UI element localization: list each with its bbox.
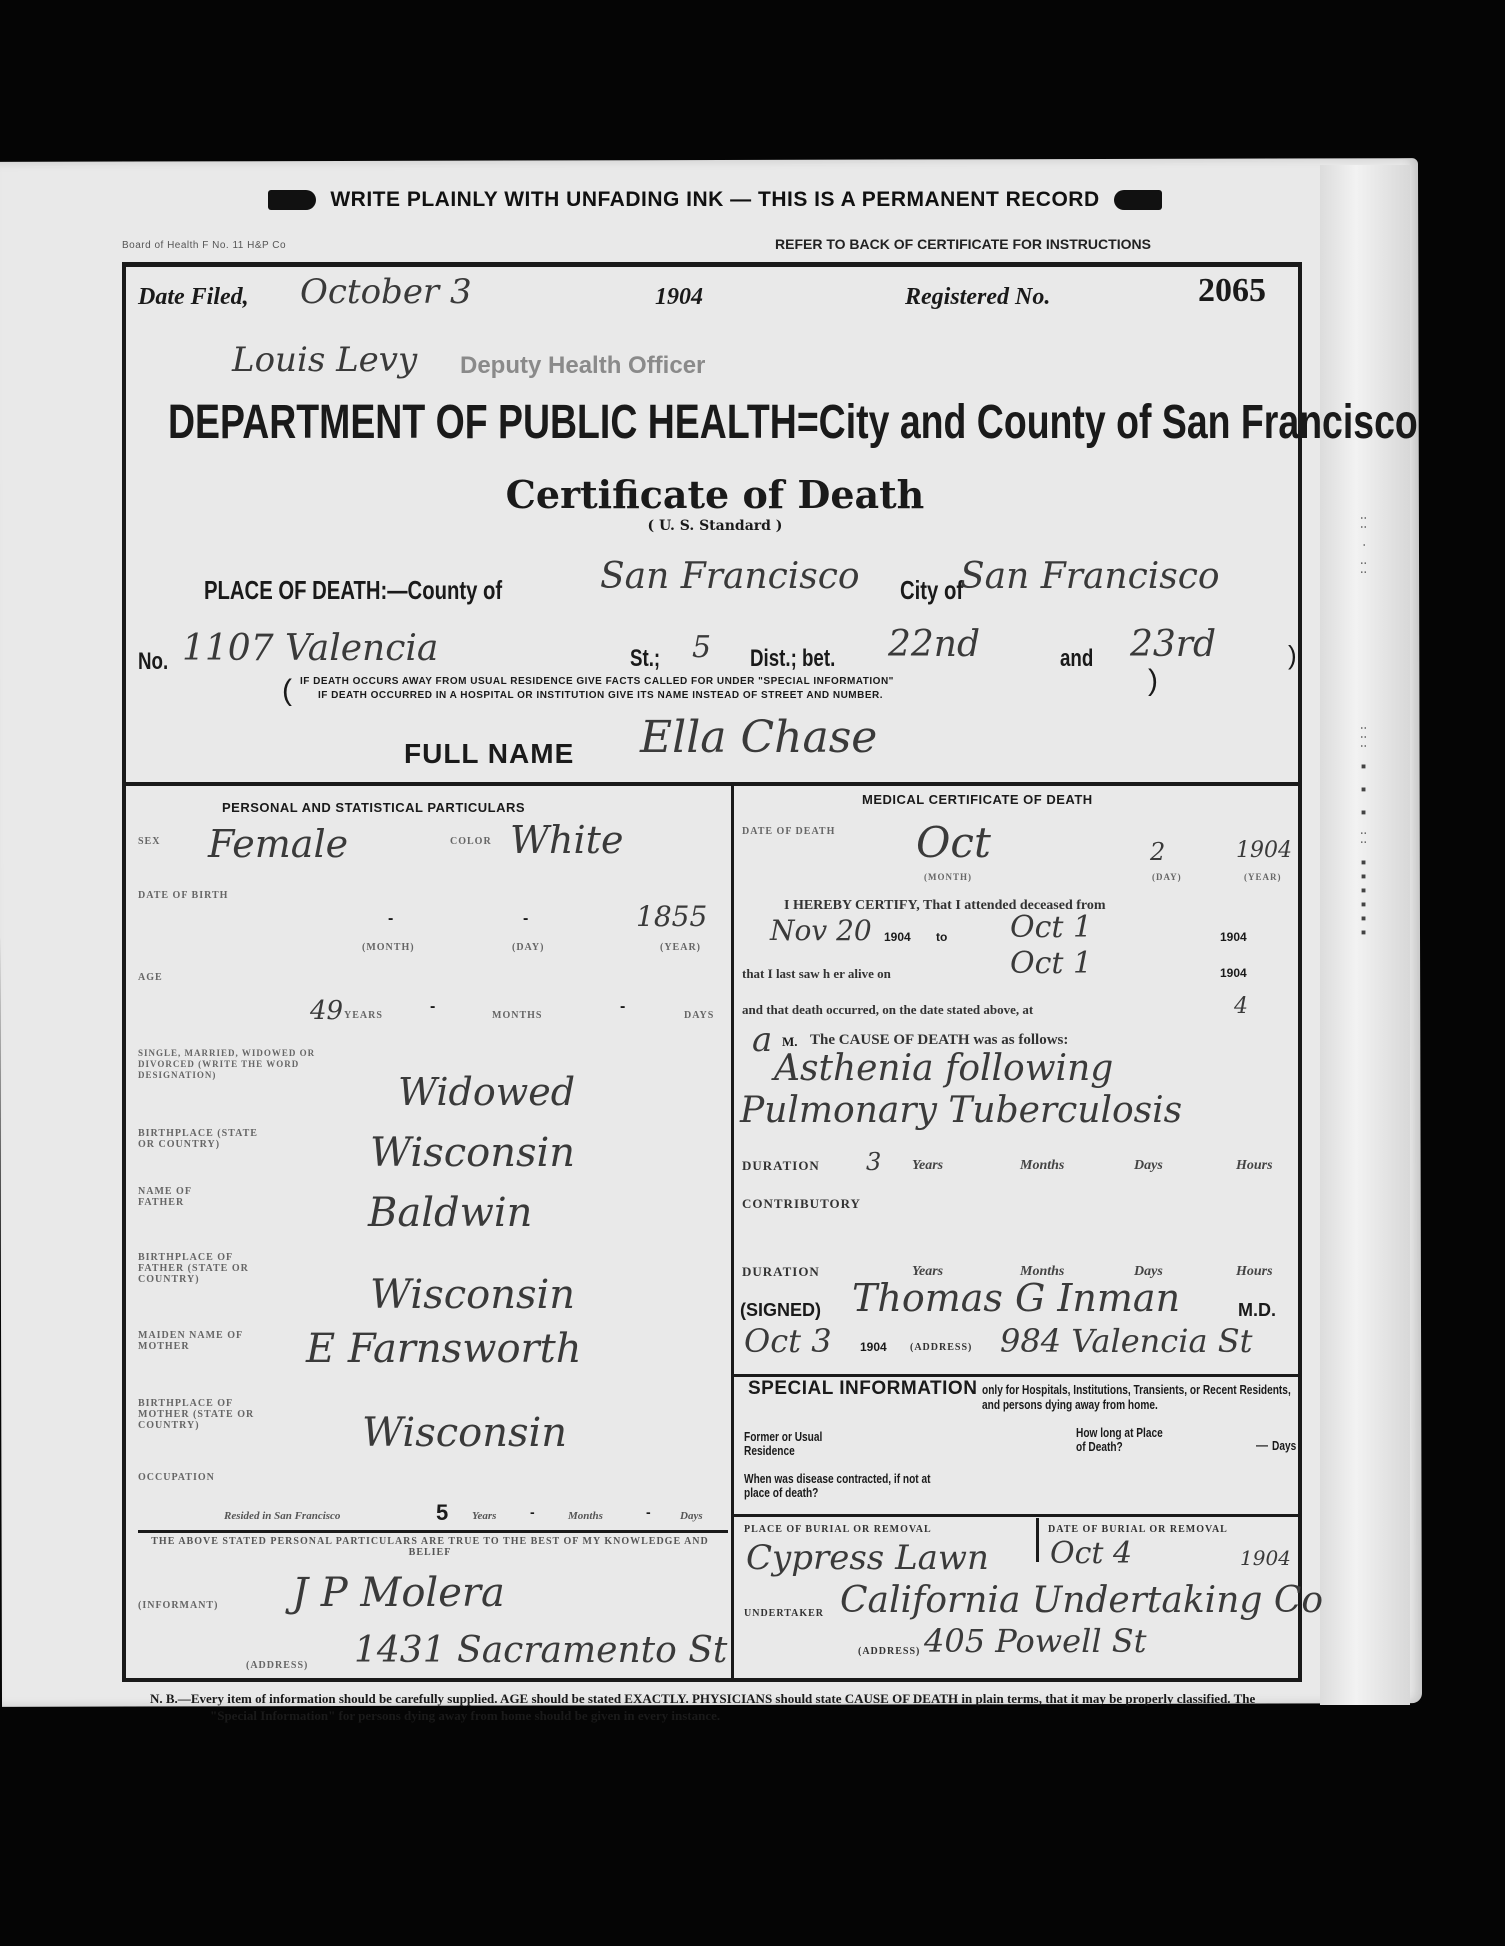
marital-label: SINGLE, MARRIED, WIDOWED OR DIVORCED (Wr… bbox=[138, 1048, 318, 1081]
place-note-1: IF DEATH OCCURS AWAY FROM USUAL RESIDENC… bbox=[300, 676, 894, 687]
department-title: DEPARTMENT OF PUBLIC HEALTH=City and Cou… bbox=[168, 395, 1322, 450]
to-label: to bbox=[936, 930, 947, 944]
marital-value: Widowed bbox=[398, 1070, 575, 1114]
full-name-label: FULL NAME bbox=[404, 738, 574, 770]
dod-month-value: Oct bbox=[916, 818, 991, 867]
edge-marks: ::: ▪ ▪ ▪ :: ▪▪▪▪▪▪ bbox=[1358, 725, 1369, 941]
instructions-note: REFER TO BACK OF CERTIFICATE FOR INSTRUC… bbox=[775, 236, 1151, 252]
city-label: City of bbox=[900, 575, 963, 606]
dob-label: DATE OF BIRTH bbox=[138, 890, 228, 901]
registered-label: Registered No. bbox=[905, 284, 1050, 311]
physician-address-value: 984 Valencia St bbox=[1000, 1322, 1252, 1360]
cause-text: The CAUSE OF DEATH was as follows: bbox=[810, 1032, 1068, 1049]
between-street-2: 23rd bbox=[1130, 624, 1216, 665]
resided-years-value: 5 bbox=[436, 1500, 448, 1526]
pointing-hand-icon bbox=[268, 190, 316, 210]
how-long-days-label: Days bbox=[1272, 1438, 1296, 1453]
pointing-hand-icon bbox=[1114, 190, 1162, 210]
father-label: NAME OF FATHER bbox=[138, 1186, 228, 1208]
age-years-label: Years bbox=[344, 1010, 383, 1021]
personal-heading: PERSONAL AND STATISTICAL PARTICULARS bbox=[222, 800, 525, 815]
informant-address-label: (Address) bbox=[246, 1660, 308, 1671]
duration-2-label: DURATION bbox=[742, 1266, 820, 1277]
paren-close: ) bbox=[1148, 664, 1158, 698]
between-street-1: 22nd bbox=[888, 624, 980, 665]
age-days-label: Days bbox=[684, 1010, 714, 1021]
section-divider bbox=[138, 1530, 728, 1533]
dod-day-value: 2 bbox=[1150, 838, 1165, 866]
special-heading-note: only for Hospitals, Institutions, Transi… bbox=[982, 1382, 1294, 1412]
father-value: Baldwin bbox=[368, 1190, 532, 1236]
footer-note: N. B.—Every item of information should b… bbox=[150, 1690, 1290, 1724]
father-birthplace-value: Wisconsin bbox=[370, 1272, 575, 1318]
resided-months-value: - bbox=[530, 1504, 535, 1520]
place-of-death-label: PLACE OF DEATH:—County of bbox=[204, 575, 502, 606]
burial-year-value: 1904 bbox=[1240, 1546, 1291, 1570]
duration-hours-label: Hours bbox=[1236, 1158, 1273, 1174]
resided-years-label: Years bbox=[472, 1510, 496, 1522]
nb-text: Every item of information should be care… bbox=[191, 1691, 1255, 1723]
section-divider bbox=[734, 1374, 1300, 1377]
md-label: M.D. bbox=[1238, 1300, 1276, 1321]
paren-open: ( bbox=[282, 674, 292, 708]
district-value: 5 bbox=[692, 630, 711, 665]
place-note-2: IF DEATH OCCURRED IN A HOSPITAL OR INSTI… bbox=[318, 690, 883, 701]
dod-year-label: (Year) bbox=[1244, 872, 1282, 883]
attended-from-year: 1904 bbox=[884, 930, 911, 944]
special-heading: SPECIAL INFORMATION bbox=[748, 1378, 977, 1400]
last-saw-year: 1904 bbox=[1220, 966, 1247, 980]
mother-label: MAIDEN NAME OF MOTHER bbox=[138, 1330, 268, 1352]
duration-label: DURATION bbox=[742, 1160, 820, 1171]
dod-month-label: (Month) bbox=[924, 872, 972, 883]
informant-value: J P Molera bbox=[292, 1570, 505, 1616]
officer-title: Deputy Health Officer bbox=[460, 352, 705, 380]
full-name-value: Ella Chase bbox=[640, 712, 877, 763]
burial-date-value: Oct 4 bbox=[1050, 1536, 1132, 1571]
attest-text: THE ABOVE STATED PERSONAL PARTICULARS AR… bbox=[140, 1536, 720, 1558]
duration-years-label: Years bbox=[912, 1158, 943, 1174]
resided-days-value: - bbox=[646, 1504, 651, 1520]
duration-days-label: Days bbox=[1134, 1158, 1163, 1174]
undertaker-label: UNDERTAKER bbox=[744, 1608, 824, 1619]
burial-divider bbox=[1036, 1518, 1039, 1562]
dod-label: DATE OF DEATH bbox=[742, 826, 835, 837]
duration-months-label: Months bbox=[1020, 1158, 1064, 1174]
informant-label: (Informant) bbox=[138, 1600, 218, 1611]
birthplace-label: BIRTHPLACE (State or Country) bbox=[138, 1128, 268, 1150]
cause-line-1: Asthenia following bbox=[774, 1048, 1113, 1089]
contracted-label: When was disease contracted, if not at p… bbox=[744, 1472, 939, 1500]
burial-place-label: PLACE OF BURIAL OR REMOVAL bbox=[744, 1524, 932, 1535]
section-divider bbox=[124, 782, 1300, 786]
occupation-label: OCCUPATION bbox=[138, 1472, 215, 1483]
sex-label: SEX bbox=[138, 836, 160, 847]
medical-heading: MEDICAL CERTIFICATE OF DEATH bbox=[862, 792, 1093, 807]
resided-label: Resided in San Francisco bbox=[224, 1510, 340, 1522]
age-days-value: - bbox=[620, 998, 625, 1016]
permanent-record-banner: WRITE PLAINLY WITH UNFADING INK — THIS I… bbox=[175, 188, 1255, 212]
how-long-label: How long at Place of Death? bbox=[1076, 1426, 1170, 1454]
day-label: (Day) bbox=[512, 942, 544, 953]
age-months-label: Months bbox=[492, 1010, 542, 1021]
section-divider bbox=[734, 1514, 1300, 1517]
occurred-text: and that death occurred, on the date sta… bbox=[742, 1002, 1033, 1018]
nb-lead: N. B.— bbox=[150, 1691, 191, 1706]
attended-to-value: Oct 1 bbox=[1010, 910, 1092, 945]
dod-year-value: 1904 bbox=[1236, 838, 1292, 863]
color-value: White bbox=[510, 818, 623, 862]
signed-date-value: Oct 3 bbox=[744, 1322, 832, 1360]
ampm-value: a bbox=[752, 1020, 772, 1060]
sex-value: Female bbox=[208, 822, 348, 866]
father-birthplace-label: BIRTHPLACE OF FATHER (State or Country) bbox=[138, 1252, 268, 1285]
month-label: (Month) bbox=[362, 942, 415, 953]
dod-day-label: (Day) bbox=[1152, 872, 1182, 883]
how-long-value: — bbox=[1256, 1438, 1268, 1452]
district-label: Dist.; bet. bbox=[750, 645, 835, 673]
dob-year-value: 1855 bbox=[636, 900, 707, 933]
age-years-value: 49 bbox=[310, 996, 343, 1026]
street-no-label: No. bbox=[138, 648, 168, 676]
age-label: AGE bbox=[138, 972, 163, 983]
certificate-subtitle: ( U. S. Standard ) bbox=[0, 518, 1430, 534]
signed-year-value: 1904 bbox=[860, 1340, 887, 1354]
county-value: San Francisco bbox=[600, 556, 860, 597]
resided-months-label: Months bbox=[568, 1510, 603, 1522]
dob-day-value: - bbox=[523, 910, 528, 928]
former-residence-label: Former or Usual Residence bbox=[744, 1430, 845, 1458]
date-filed-value: October 3 bbox=[300, 272, 472, 312]
duration-years-value: 3 bbox=[866, 1148, 881, 1176]
board-note: Board of Health F No. 11 H&P Co bbox=[122, 240, 286, 251]
undertaker-value: California Undertaking Co bbox=[840, 1580, 1323, 1621]
street-address-value: 1107 Valencia bbox=[182, 628, 438, 669]
age-months-value: - bbox=[430, 998, 435, 1016]
street-label: St.; bbox=[630, 645, 660, 673]
cause-line-2: Pulmonary Tuberculosis bbox=[740, 1090, 1182, 1131]
and-label: and bbox=[1060, 645, 1093, 673]
year-label: (Year) bbox=[660, 942, 701, 953]
last-saw-value: Oct 1 bbox=[1010, 946, 1092, 981]
birthplace-value: Wisconsin bbox=[370, 1130, 575, 1176]
physician-signature: Thomas G Inman bbox=[852, 1276, 1180, 1320]
registered-number: 2065 bbox=[1198, 272, 1266, 310]
mother-value: E Farnsworth bbox=[306, 1326, 582, 1372]
dob-month-value: - bbox=[388, 910, 393, 928]
undertaker-address-value: 405 Powell St bbox=[924, 1622, 1147, 1660]
city-value: San Francisco bbox=[960, 556, 1220, 597]
paren-close: ) bbox=[1288, 640, 1297, 671]
burial-date-label: DATE of BURIAL or REMOVAL bbox=[1048, 1524, 1228, 1535]
column-divider bbox=[731, 786, 734, 1680]
contributory-label: CONTRIBUTORY bbox=[742, 1198, 861, 1209]
duration-2-hours-label: Hours bbox=[1236, 1264, 1273, 1280]
last-saw-text: that I last saw h er alive on bbox=[742, 966, 891, 982]
signed-label: (SIGNED) bbox=[740, 1300, 821, 1321]
certificate-title: Certificate of Death bbox=[0, 472, 1430, 517]
undertaker-address-label: (Address) bbox=[858, 1646, 920, 1657]
mother-birthplace-value: Wisconsin bbox=[362, 1410, 567, 1456]
resided-days-label: Days bbox=[680, 1510, 703, 1522]
date-filed-label: Date Filed, bbox=[138, 284, 249, 311]
burial-place-value: Cypress Lawn bbox=[746, 1538, 989, 1578]
officer-signature: Louis Levy bbox=[232, 340, 417, 380]
attended-from-value: Nov 20 bbox=[770, 914, 872, 947]
hour-value: 4 bbox=[1234, 994, 1248, 1019]
physician-address-label: (Address) bbox=[910, 1342, 972, 1353]
color-label: COLOR bbox=[450, 836, 492, 847]
informant-address-value: 1431 Sacramento St bbox=[354, 1630, 727, 1671]
mother-birthplace-label: BIRTHPLACE OF MOTHER (State or Country) bbox=[138, 1398, 268, 1431]
attended-to-year: 1904 bbox=[1220, 930, 1247, 944]
date-filed-year: 1904 bbox=[655, 284, 703, 311]
